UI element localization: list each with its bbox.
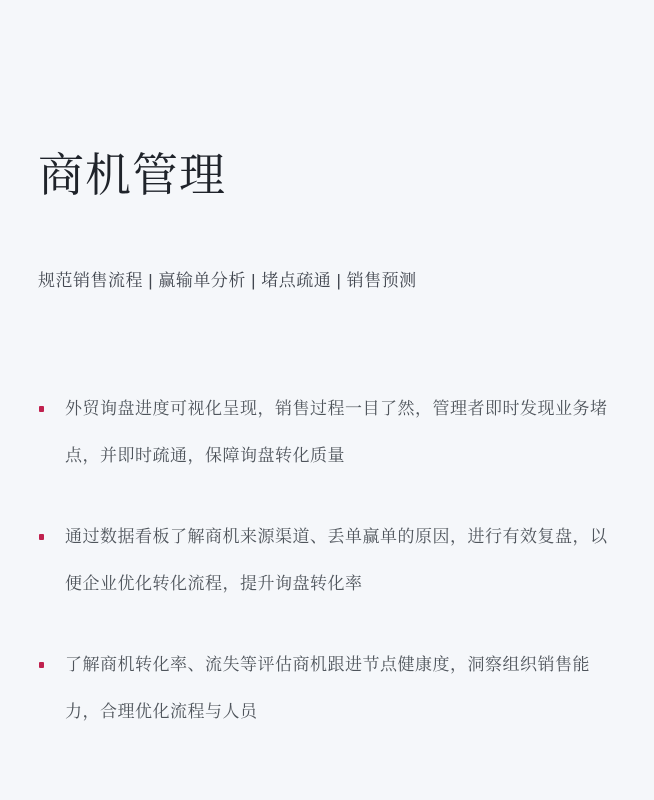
bullet-icon — [39, 662, 44, 668]
bullet-icon — [39, 406, 44, 412]
page-title: 商机管理 — [38, 145, 614, 205]
feature-item-text: 通过数据看板了解商机来源渠道、丢单赢单的原因，进行有效复盘，以 便企业优化转化流… — [65, 527, 608, 593]
feature-list: 外贸询盘进度可视化呈现，销售过程一目了然，管理者即时发现业务堵 点，并即时疏通，… — [38, 385, 614, 735]
feature-section: 商机管理 规范销售流程 | 赢输单分析 | 堵点疏通 | 销售预测 外贸询盘进度… — [0, 0, 654, 800]
bullet-icon — [39, 534, 44, 540]
feature-item: 通过数据看板了解商机来源渠道、丢单赢单的原因，进行有效复盘，以 便企业优化转化流… — [38, 513, 614, 607]
feature-item: 了解商机转化率、流失等评估商机跟进节点健康度，洞察组织销售能 力，合理优化流程与… — [38, 641, 614, 735]
feature-item-text: 外贸询盘进度可视化呈现，销售过程一目了然，管理者即时发现业务堵 点，并即时疏通，… — [65, 399, 608, 465]
feature-item-text: 了解商机转化率、流失等评估商机跟进节点健康度，洞察组织销售能 力，合理优化流程与… — [65, 655, 590, 721]
page-subtitle: 规范销售流程 | 赢输单分析 | 堵点疏通 | 销售预测 — [38, 269, 614, 293]
feature-item: 外贸询盘进度可视化呈现，销售过程一目了然，管理者即时发现业务堵 点，并即时疏通，… — [38, 385, 614, 479]
